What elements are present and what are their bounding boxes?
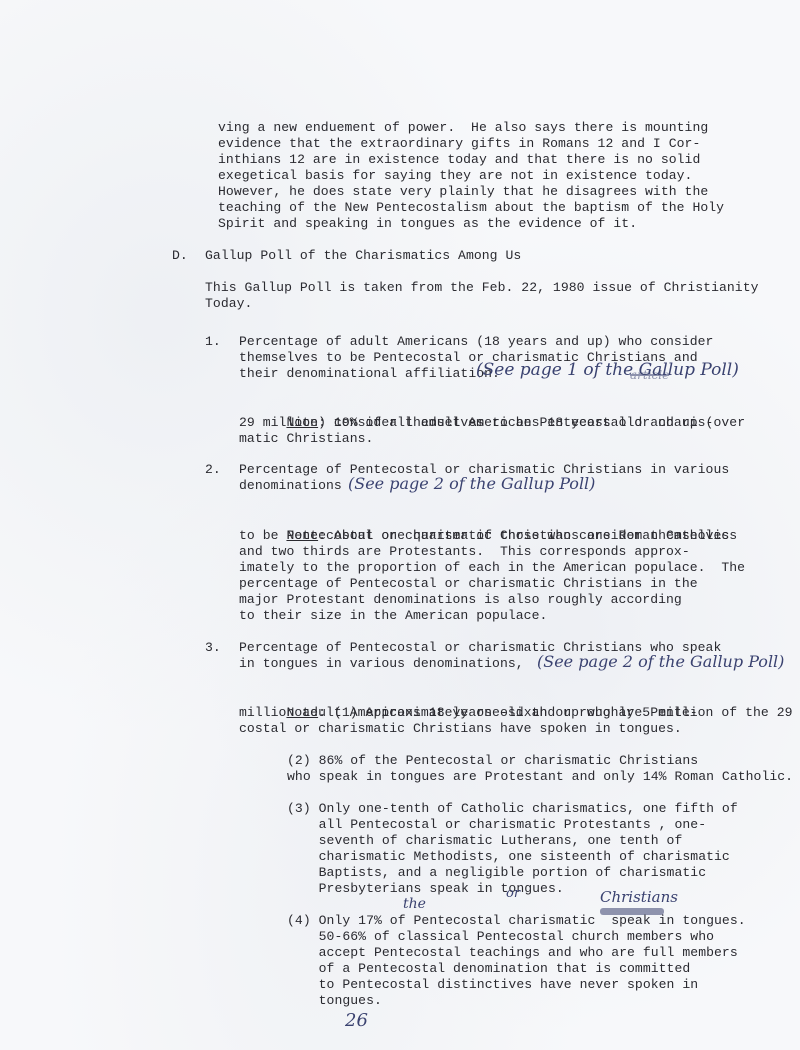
subnote-line: (4) Only 17% of Pentecostal charismatic …	[287, 913, 746, 929]
handwritten-annotation: (See page 2 of the Gallup Poll)	[348, 474, 595, 493]
subnote-line: of a Pentecostal denomination that is co…	[287, 961, 690, 977]
paragraph-line: Spirit and speaking in tongues as the ev…	[218, 216, 637, 232]
subnote-line: tongues.	[287, 993, 382, 1009]
subnote-line: seventh of charismatic Lutherans, one te…	[287, 833, 682, 849]
subnote-line: 50-66% of classical Pentecostal church m…	[287, 929, 714, 945]
paragraph-line: However, he does state very plainly that…	[218, 184, 708, 200]
subnote-line: Presbyterians speak in tongues.	[287, 881, 564, 897]
item-line: Percentage of adult Americans (18 years …	[239, 334, 713, 350]
paragraph-line: ving a new enduement of power. He also s…	[218, 120, 708, 136]
note-line: to be Pentecostal or charismatic Christi…	[239, 528, 737, 544]
subnote-line: (2) 86% of the Pentecostal or charismati…	[287, 753, 698, 769]
handwritten-insertion: Christians	[600, 888, 678, 906]
note-line: to their size in the American populace.	[239, 608, 547, 624]
struck-word: article	[630, 368, 669, 382]
paragraph-line: evidence that the extraordinary gifts in…	[218, 136, 700, 152]
note-line: million adult Americans 18 years old and…	[239, 705, 698, 721]
subnote-line: (3) Only one-tenth of Catholic charismat…	[287, 801, 738, 817]
handwritten-insertion: or	[506, 886, 520, 901]
paragraph-line: inthians 12 are in existence today and t…	[218, 152, 700, 168]
subnote-line: Baptists, and a negligible portion of ch…	[287, 865, 706, 881]
note-line: major Protestant denominations is also r…	[239, 592, 682, 608]
subnote-line: accept Pentecostal teachings and who are…	[287, 945, 738, 961]
item-line: denominations	[239, 478, 342, 494]
note-line: percentage of Pentecostal or charismatic…	[239, 576, 698, 592]
section-intro-line: This Gallup Poll is taken from the Feb. …	[205, 280, 759, 296]
item-line: in tongues in various denominations,	[239, 656, 524, 672]
section-marker: D.	[172, 248, 188, 264]
subnote-line: charismatic Methodists, one sisteenth of…	[287, 849, 730, 865]
note-line: costal or charismatic Christians have sp…	[239, 721, 682, 737]
note-line: and two thirds are Protestants. This cor…	[239, 544, 690, 560]
page-number: 26	[345, 1010, 368, 1031]
section-heading: Gallup Poll of the Charismatics Among Us	[205, 248, 521, 264]
section-intro-line: Today.	[205, 296, 252, 312]
subnote-line: to Pentecostal distinctives have never s…	[287, 977, 698, 993]
handwritten-annotation: (See page 2 of the Gallup Poll)	[537, 652, 784, 671]
item-line: their denominational affiliation.	[239, 366, 500, 382]
paragraph-line: teaching of the New Pentecostalism about…	[218, 200, 724, 216]
item-number: 1.	[205, 334, 221, 350]
item-number: 2.	[205, 462, 221, 478]
note-line: matic Christians.	[239, 431, 373, 447]
paragraph-line: exegetical basis for saying they are not…	[218, 168, 692, 184]
item-number: 3.	[205, 640, 221, 656]
note-line: imately to the proportion of each in the…	[239, 560, 745, 576]
note-line: 29 million) consider themselves to be Pe…	[239, 415, 713, 431]
subnote-line: who speak in tongues are Protestant and …	[287, 769, 793, 785]
document-page: ving a new enduement of power. He also s…	[0, 0, 800, 1050]
subnote-line: all Pentecostal or charismatic Protestan…	[287, 817, 706, 833]
handwritten-insertion: the	[403, 896, 426, 912]
handwritten-annotation: (See page 1 of the Gallup Poll)	[476, 360, 739, 380]
